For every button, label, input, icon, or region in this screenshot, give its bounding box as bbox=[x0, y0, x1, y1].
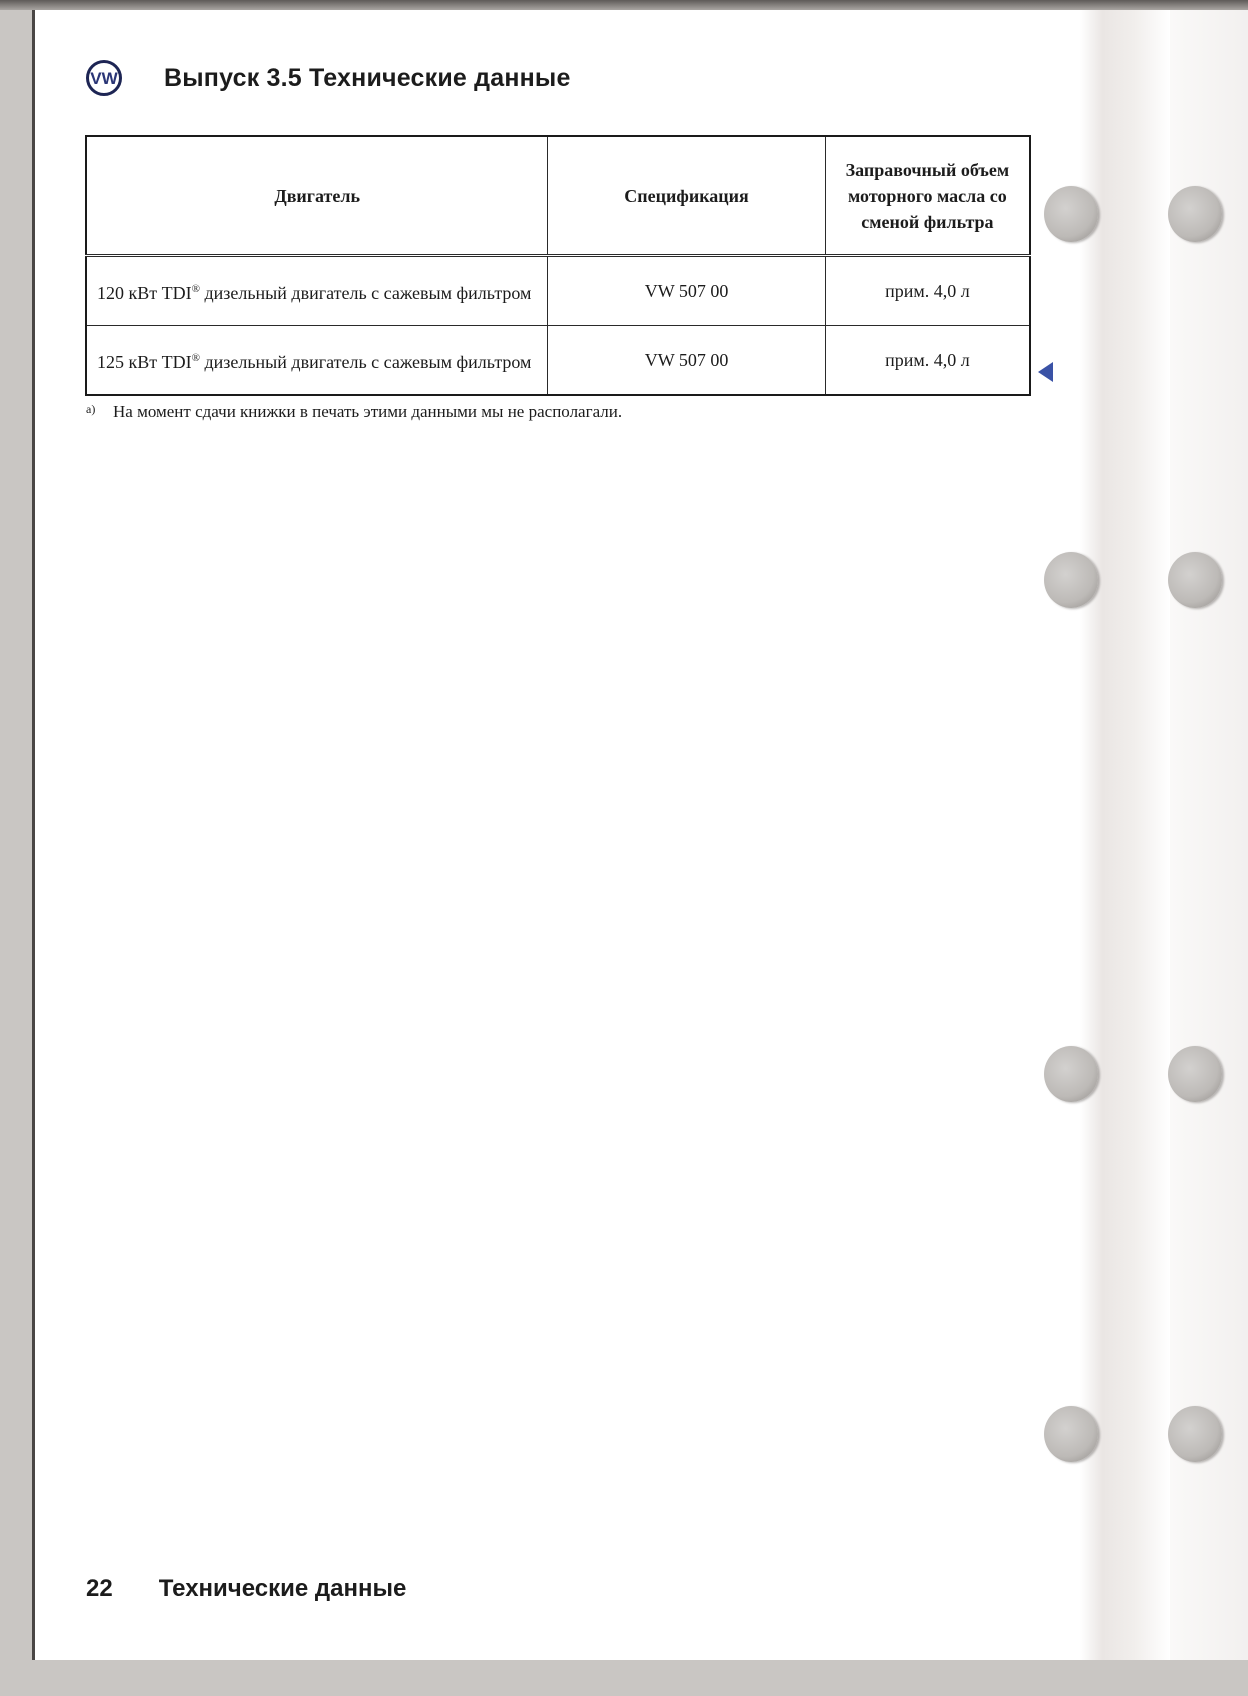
column-header-capacity: Заправочный объем моторного масла со сме… bbox=[825, 136, 1030, 256]
punch-hole bbox=[1044, 552, 1098, 608]
engine-name: 125 кВт TDI bbox=[97, 352, 192, 372]
table-header-row: Двигатель Спецификация Заправочный объем… bbox=[86, 136, 1030, 256]
spec-cell: VW 507 00 bbox=[548, 326, 825, 396]
capacity-cell: прим. 4,0 л bbox=[825, 256, 1030, 326]
footnote-mark: a) bbox=[86, 402, 113, 422]
capacity-cell: прим. 4,0 л bbox=[825, 326, 1030, 396]
logo-text: VW bbox=[90, 70, 117, 87]
footer-title: Технические данные bbox=[159, 1575, 407, 1603]
spec-cell: VW 507 00 bbox=[548, 256, 825, 326]
page-footer: 22 Технические данные bbox=[86, 1575, 406, 1603]
triangle-left-marker-icon bbox=[1038, 362, 1053, 382]
punch-hole bbox=[1044, 1406, 1098, 1462]
page-number: 22 bbox=[86, 1575, 113, 1603]
registered-mark: ® bbox=[192, 352, 200, 364]
punch-hole bbox=[1168, 1046, 1222, 1102]
vw-logo-icon: VW bbox=[86, 60, 122, 96]
engine-description: дизельный двигатель с сажевым фильтром bbox=[200, 352, 531, 372]
column-header-engine: Двигатель bbox=[86, 136, 548, 256]
punch-hole bbox=[1044, 186, 1098, 242]
page-title: Выпуск 3.5 Технические данные bbox=[164, 64, 571, 93]
table-row: 120 кВт TDI® дизельный двигатель с сажев… bbox=[86, 256, 1030, 326]
footnote: a) На момент сдачи книжки в печать этими… bbox=[86, 402, 622, 422]
punch-hole bbox=[1168, 552, 1222, 608]
punch-hole bbox=[1044, 1046, 1098, 1102]
engine-cell: 125 кВт TDI® дизельный двигатель с сажев… bbox=[86, 326, 548, 396]
footnote-text: На момент сдачи книжки в печать этими да… bbox=[113, 402, 622, 422]
page-header: VW Выпуск 3.5 Технические данные bbox=[86, 56, 571, 100]
oil-spec-table: Двигатель Спецификация Заправочный объем… bbox=[85, 135, 1031, 396]
column-header-spec: Спецификация bbox=[548, 136, 825, 256]
engine-description: дизельный двигатель с сажевым фильтром bbox=[200, 283, 531, 303]
scan-top-edge bbox=[0, 0, 1248, 10]
engine-name: 120 кВт TDI bbox=[97, 283, 192, 303]
binding-shadow bbox=[1080, 10, 1170, 1660]
registered-mark: ® bbox=[192, 283, 200, 295]
punch-hole bbox=[1168, 186, 1222, 242]
table-row: 125 кВт TDI® дизельный двигатель с сажев… bbox=[86, 326, 1030, 396]
engine-cell: 120 кВт TDI® дизельный двигатель с сажев… bbox=[86, 256, 548, 326]
punch-hole bbox=[1168, 1406, 1222, 1462]
